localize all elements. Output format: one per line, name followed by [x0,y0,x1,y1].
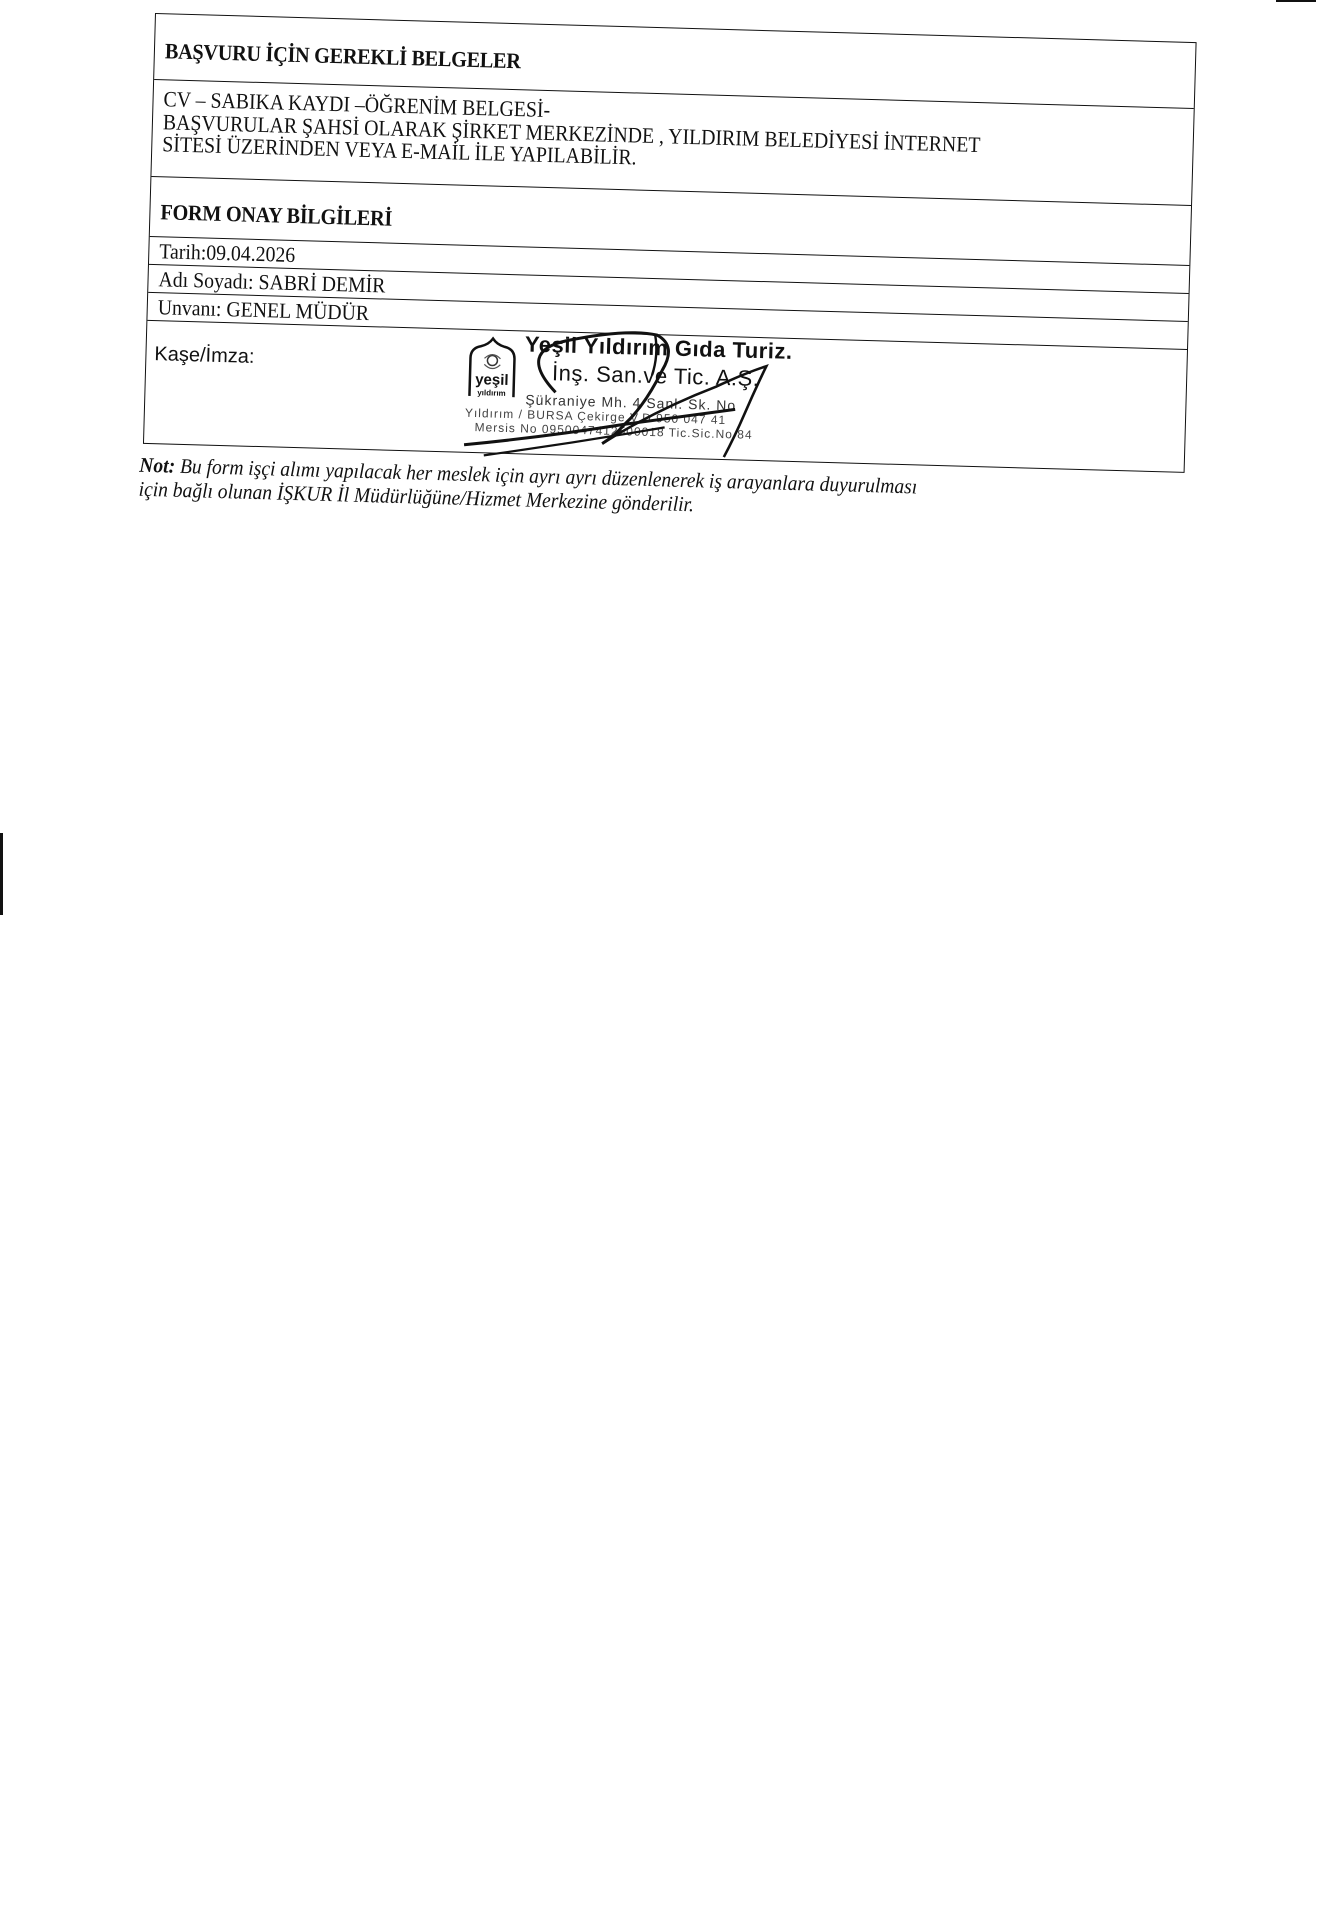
section-title: FORM ONAY BİLGİLERİ [160,199,392,231]
date-field: Tarih:09.04.2026 [159,238,296,268]
stamp-signature-label: Kaşe/İmza: [154,343,255,369]
svg-text:yeşil: yeşil [475,371,509,389]
form-sheet: BAŞVURU İÇİN GEREKLİ BELGELER CV – SABIK… [143,13,1197,473]
stamp-company-type: İnş. San.ve Tic. A.Ş. [552,360,760,392]
mosque-arch-logo-icon: yeşil yıldırım [465,336,519,399]
section-title: BAŞVURU İÇİN GEREKLİ BELGELER [165,38,521,74]
footnote-text: Not: Bu form işçi alımı yapılacak her me… [138,453,917,523]
svg-text:yıldırım: yıldırım [477,388,506,398]
scan-artifact-mark [0,833,3,915]
company-stamp: yeşil yıldırım Yeşil Yıldırım Gıda Turiz… [464,332,827,460]
scan-artifact-mark [1276,0,1316,2]
footnote-label: Not: [139,453,175,478]
required-documents-text: CV – SABIKA KAYDI –ÖĞRENİM BELGESİ- BAŞV… [162,88,981,178]
form-table: BAŞVURU İÇİN GEREKLİ BELGELER CV – SABIK… [143,13,1197,473]
